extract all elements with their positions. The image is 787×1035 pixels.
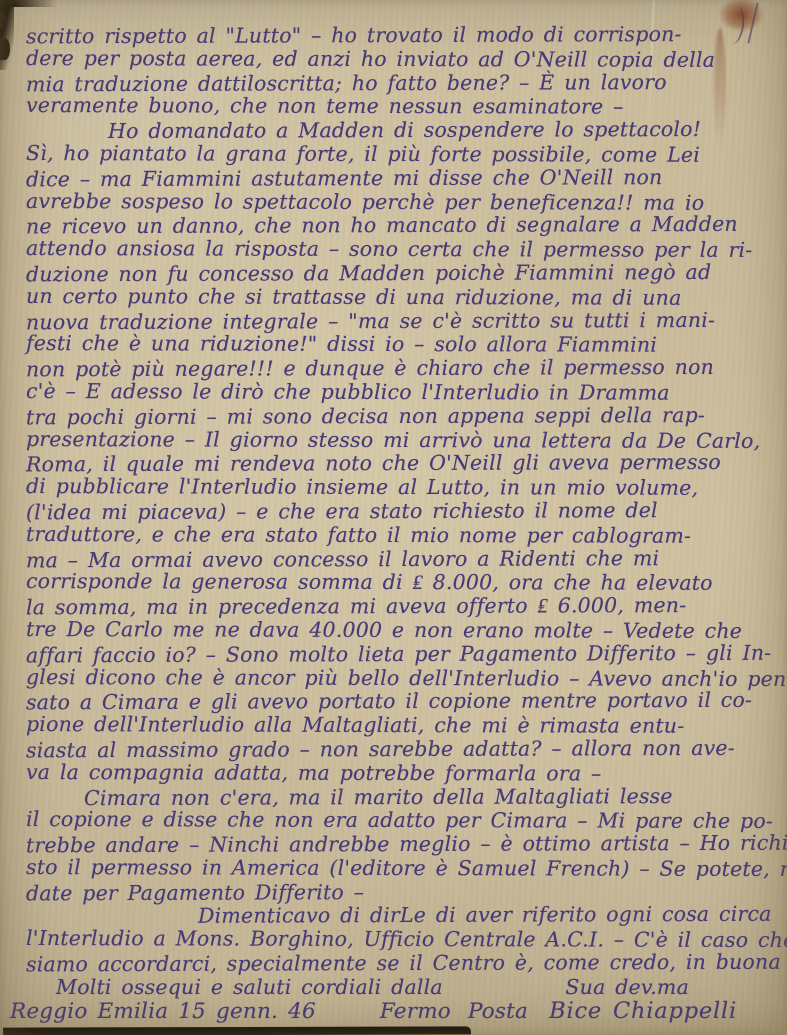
signature-row: Reggio Emilia 15 genn. 46 Fermo Posta Bi… (26, 1000, 785, 1025)
letter-line: siamo accordarci, specialmente se il Cen… (26, 951, 785, 977)
letter-line: (l'idea mi piaceva) – e che era stato ri… (26, 499, 785, 525)
postal-note: Fermo Posta (380, 1000, 528, 1024)
paragraph: Ho domandato a Madden di sospendere lo s… (26, 119, 785, 785)
scan-corner-edge (0, 0, 60, 7)
scan-edge-strip (3, 1026, 471, 1035)
letter-line: pione dell'Interludio alla Maltagliati, … (26, 713, 785, 739)
closing-row: Molti ossequi e saluti cordiali dalla Su… (26, 976, 785, 1001)
letter-line: tra pochi giorni – mi sono decisa non ap… (26, 403, 785, 429)
signature: Bice Chiappelli (549, 1000, 737, 1024)
letter-line: dice – ma Fiammini astutamente mi disse … (26, 165, 785, 191)
edge-tear-mark (0, 12, 7, 28)
paragraph: Cimara non c'era, ma il marito della Mal… (26, 786, 785, 905)
letter-line: affari faccio io? – Sono molto lieta per… (26, 641, 785, 667)
letter-line: trebbe andare – Ninchi andrebbe meglio –… (26, 832, 785, 858)
letter-line: tre De Carlo me ne dava 40.000 e non era… (26, 618, 785, 644)
letter-body: scritto rispetto al "Lutto" – ho trovato… (26, 24, 785, 1025)
closing-valediction: Sua dev.ma (565, 976, 689, 1000)
letter-line: va la compagnia adatta, ma potrebbe form… (26, 761, 785, 787)
letter-line: un certo punto che si trattasse di una r… (26, 285, 785, 311)
letter-line: la somma, ma in precedenza mi aveva offe… (26, 594, 785, 620)
letter-line: siasta al massimo grado – non sarebbe ad… (26, 737, 785, 763)
letter-line: sto il permesso in America (l'editore è … (26, 856, 785, 882)
letter-line: non potè più negare!!! e dunque è chiaro… (26, 356, 785, 382)
place-date: Reggio Emilia 15 genn. 46 (10, 1000, 316, 1024)
letter-line: c'è – E adesso le dirò che pubblico l'In… (26, 380, 785, 406)
letter-line: scritto rispetto al "Lutto" – ho trovato… (26, 23, 785, 49)
paragraph: scritto rispetto al "Lutto" – ho trovato… (26, 24, 785, 119)
letter-line: di pubblicare l'Interludio insieme al Lu… (26, 475, 785, 501)
letter-page: scritto rispetto al "Lutto" – ho trovato… (0, 0, 787, 1035)
letter-line: dere per posta aerea, ed anzi ho inviato… (26, 47, 785, 73)
closing-salutation: Molti ossequi e saluti cordiali dalla (56, 976, 443, 1000)
paragraph: Dimenticavo di dirLe di aver riferito og… (26, 904, 785, 975)
edge-tear-mark (0, 38, 10, 60)
letter-line: duzione non fu concesso da Madden poichè… (26, 261, 785, 287)
letter-line: traduttore, e che era stato fatto il mio… (26, 523, 785, 549)
letter-line: Sì, ho piantato la grana forte, il più f… (26, 142, 785, 168)
paragraphs-container: scritto rispetto al "Lutto" – ho trovato… (26, 24, 785, 976)
